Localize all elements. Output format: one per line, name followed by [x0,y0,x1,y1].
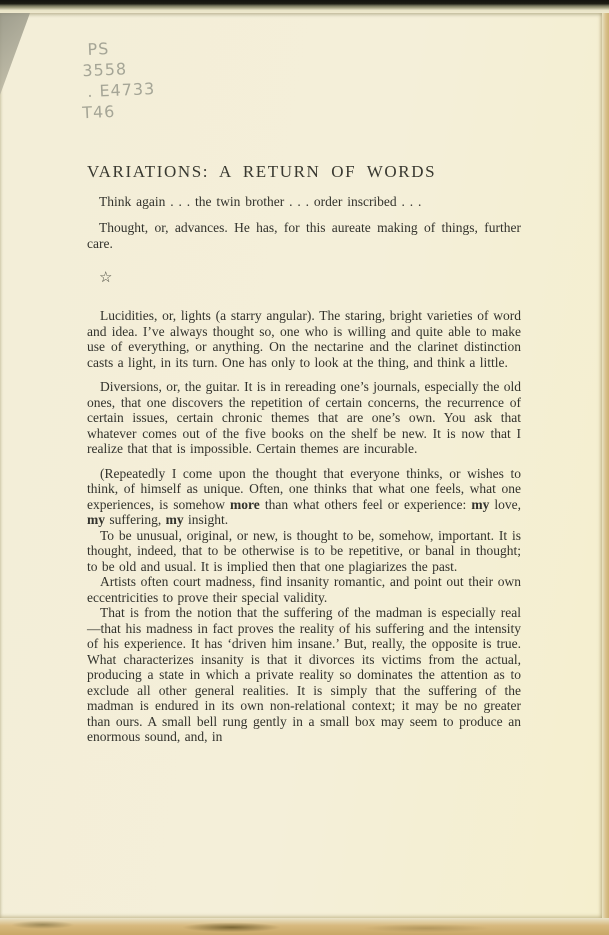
bold-text-segment: my [87,512,105,527]
call-number-line: T46 [82,97,211,124]
intro-paragraph: Thought, or, advances. He has, for this … [87,220,521,251]
text-segment: love, [489,497,521,512]
bold-text-segment: my [471,497,489,512]
bold-text-segment: more [230,497,260,512]
epigraph-line: Think again . . . the twin brother . . .… [87,194,521,210]
paragraph-madman: That is from the notion that the sufferi… [87,605,521,745]
paragraph-repeatedly: (Repeatedly I come upon the thought that… [87,466,521,528]
bold-text-segment: my [166,512,184,527]
page-title: VARIATIONS: A RETURN OF WORDS [87,161,521,183]
star-ornament: ☆ [99,269,521,287]
page-right-edge [602,13,609,918]
paragraph-unusual: To be unusual, original, or new, is thou… [87,528,521,575]
text-segment: insight. [184,512,229,527]
text-segment: than what others feel or experience: [260,497,472,512]
paragraph-diversions: Diversions, or, the guitar. It is in rer… [87,379,521,457]
page-content: PS 3558 . E4733 T46 VARIATIONS: A RETURN… [0,13,602,745]
page-bottom-edge [0,918,609,935]
paragraph-artists: Artists often court madness, find insani… [87,574,521,605]
body-text: Lucidities, or, lights (a starry angular… [87,308,521,745]
paragraph-lucidities: Lucidities, or, lights (a starry angular… [87,308,521,370]
call-number: PS 3558 . E4733 T46 [87,34,211,123]
scan-top-edge [0,0,609,13]
book-page: PS 3558 . E4733 T46 VARIATIONS: A RETURN… [0,13,602,918]
text-segment: suffering, [105,512,166,527]
